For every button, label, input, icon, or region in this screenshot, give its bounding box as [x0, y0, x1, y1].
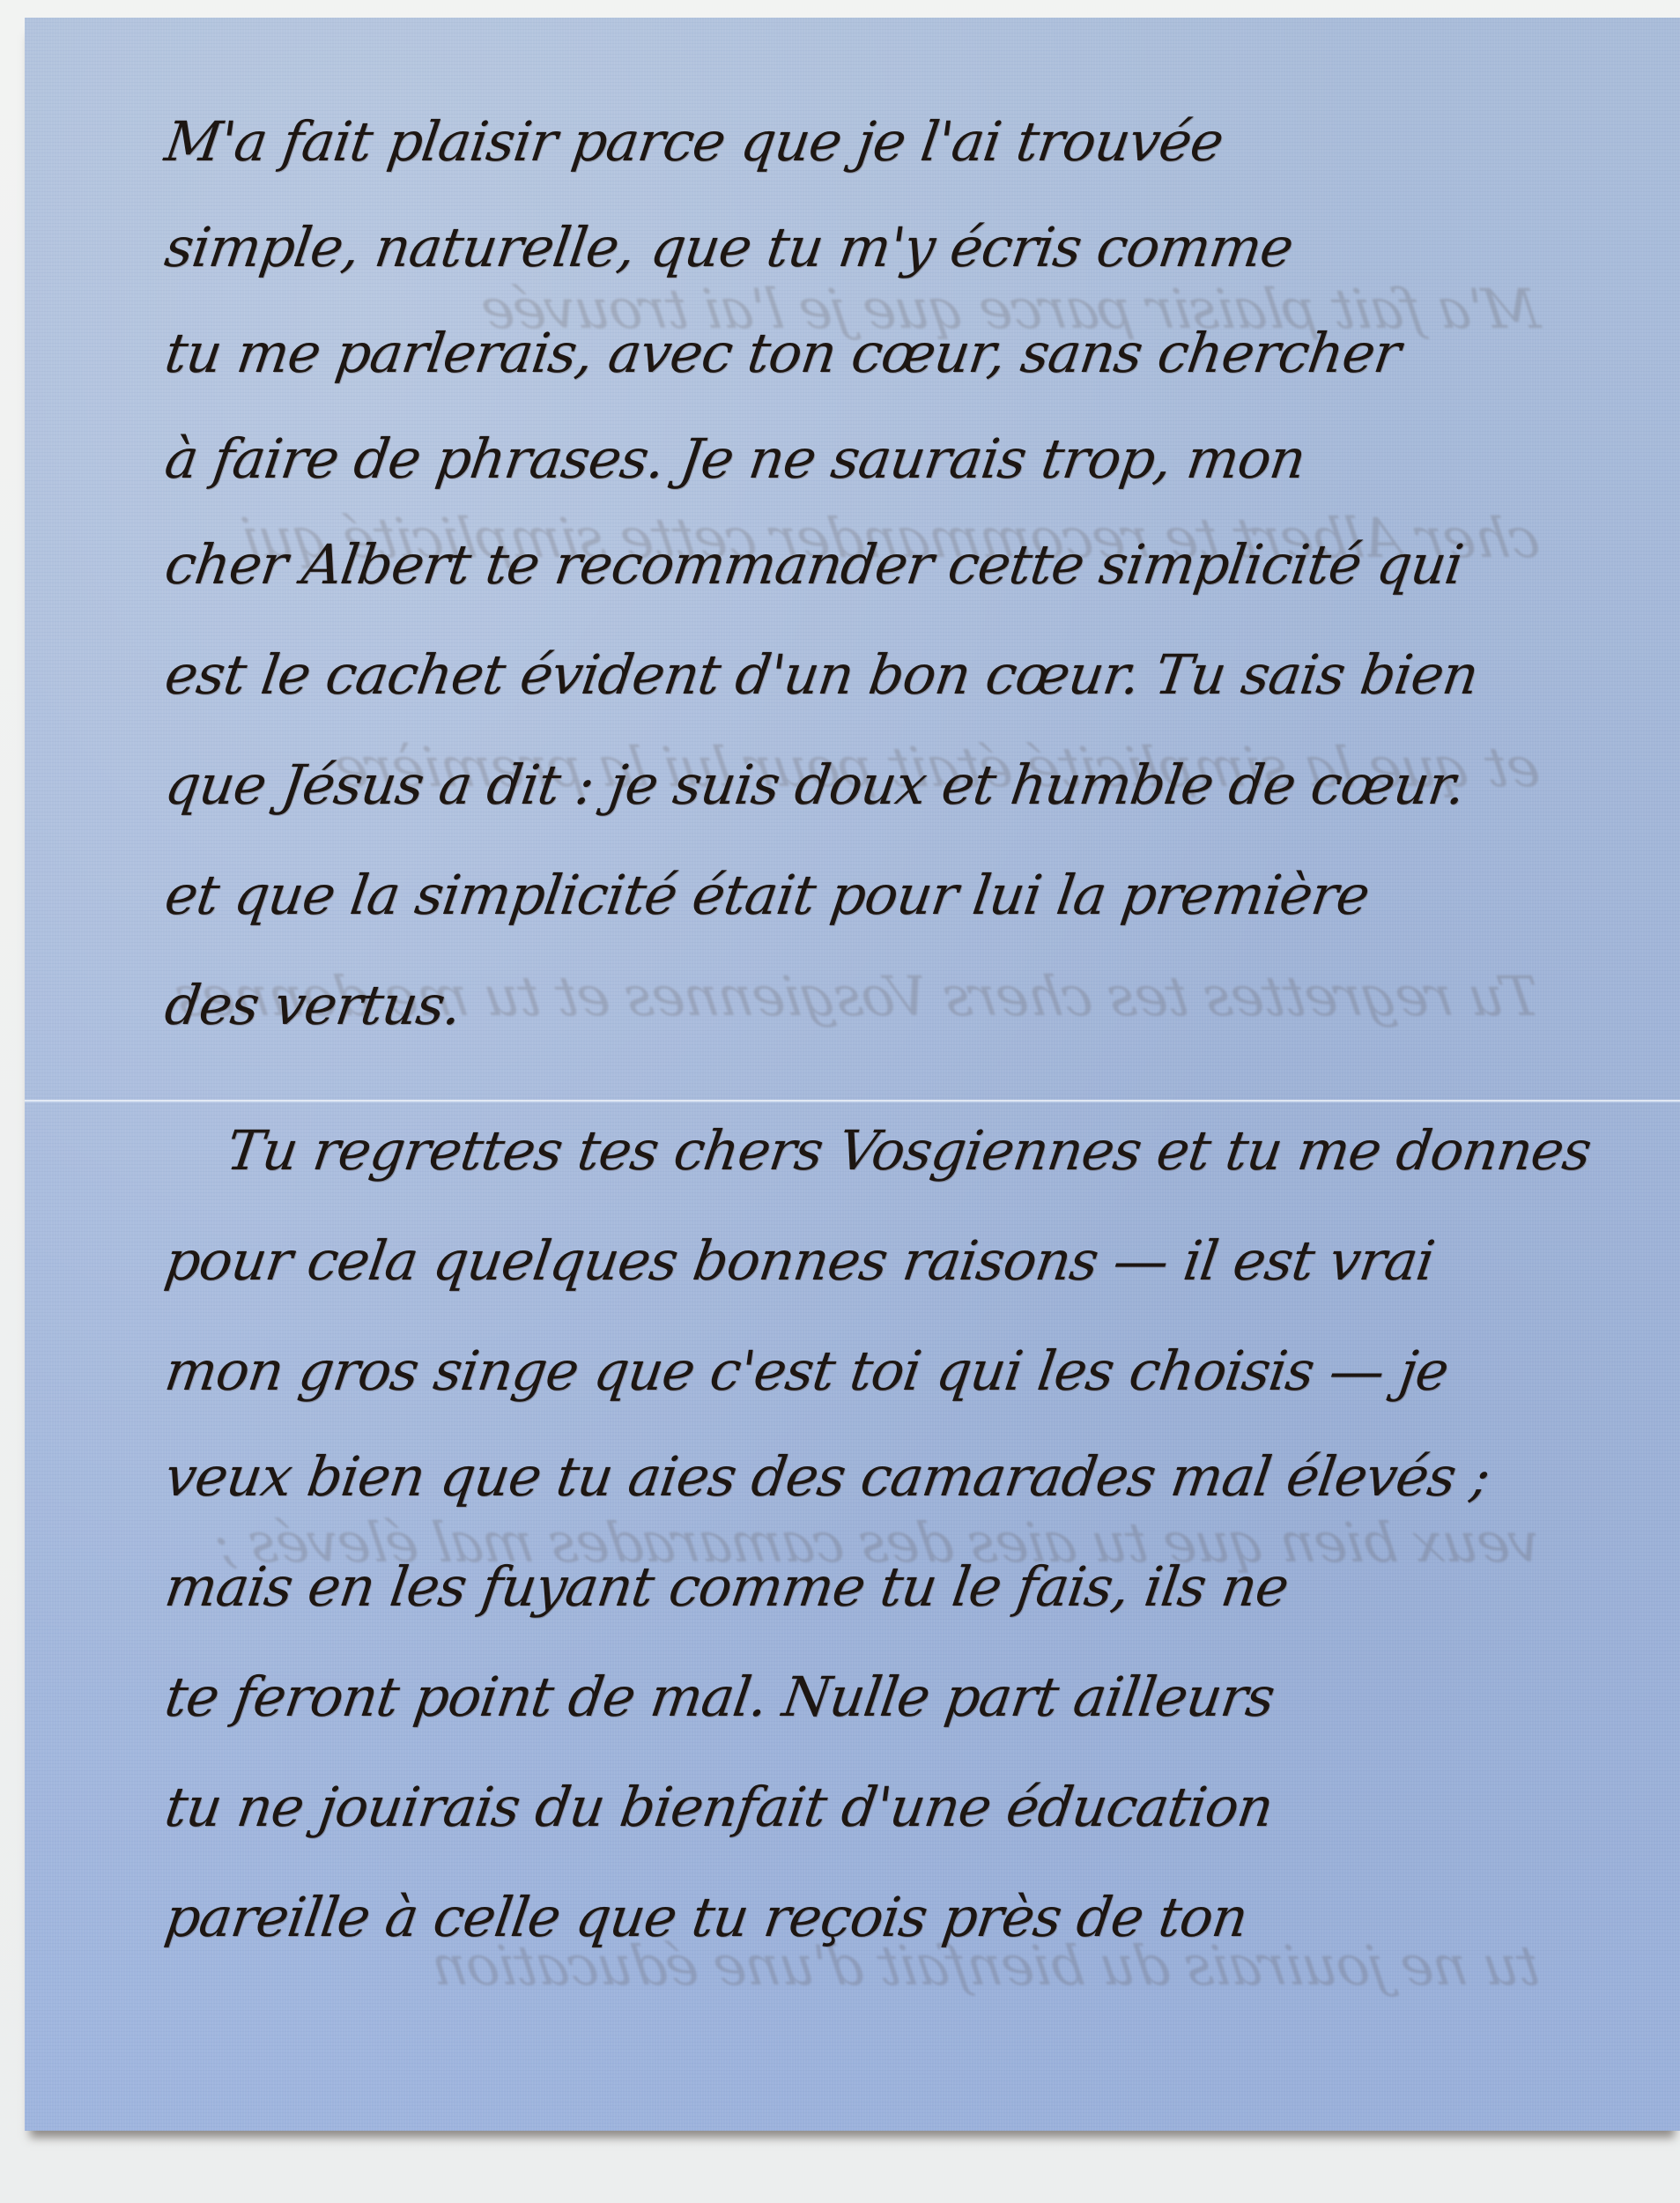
letter-line-7: que Jésus a dit : je suis doux et humble…	[162, 758, 1649, 812]
letter-line-3: tu me parlerais, avec ton cœur, sans che…	[162, 326, 1649, 381]
letter-line-12: mon gros singe que c'est toi qui les cho…	[162, 1344, 1649, 1398]
letter-line-14: mais en les fuyant comme tu le fais, ils…	[162, 1560, 1649, 1614]
letter-page: M'a fait plaisir parce que je l'ai trouv…	[25, 18, 1680, 2131]
letter-line-9: des vertus.	[162, 978, 1649, 1033]
letter-line-17: pareille à celle que tu reçois près de t…	[162, 1890, 1649, 1945]
letter-line-11: pour cela quelques bonnes raisons — il e…	[162, 1234, 1649, 1288]
letter-line-5: cher Albert te recommander cette simplic…	[162, 538, 1649, 592]
letter-line-2: simple, naturelle, que tu m'y écris comm…	[162, 220, 1649, 275]
letter-line-6: est le cachet évident d'un bon cœur. Tu …	[162, 648, 1649, 702]
letter-line-10: Tu regrettes tes chers Vosgiennes et tu …	[224, 1124, 1649, 1178]
letter-line-8: et que la simplicité était pour lui la p…	[162, 868, 1649, 923]
letter-line-1: M'a fait plaisir parce que je l'ai trouv…	[162, 115, 1649, 169]
letter-line-4: à faire de phrases. Je ne saurais trop, …	[162, 432, 1649, 486]
letter-body: M'a fait plaisir parce que je l'ai trouv…	[25, 18, 1680, 2131]
letter-line-13: veux bien que tu aies des camarades mal …	[162, 1450, 1649, 1504]
letter-line-16: tu ne jouirais du bienfait d'une éducati…	[162, 1780, 1649, 1835]
letter-line-15: te feront point de mal. Nulle part aille…	[162, 1670, 1649, 1725]
